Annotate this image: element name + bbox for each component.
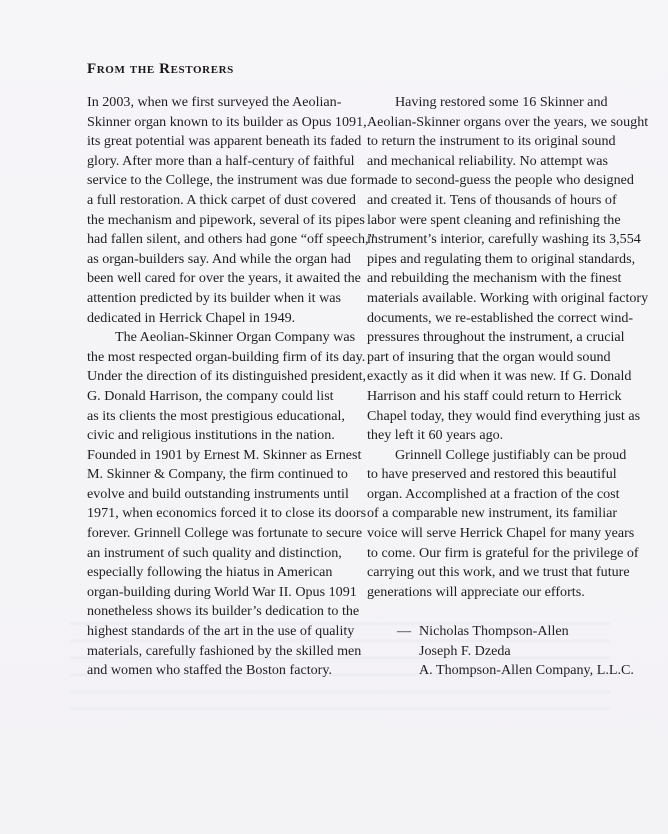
text-line: labor were spent cleaning and refinishin… xyxy=(367,211,635,231)
text-line: and women who staffed the Boston factory… xyxy=(87,661,359,681)
text-line: part of insuring that the organ would so… xyxy=(367,348,635,368)
text-line: glory. After more than a half-century of… xyxy=(87,152,359,172)
text-line: nonetheless shows its builder’s dedicati… xyxy=(87,602,359,622)
signature-block: — Nicholas Thompson-Allen Joseph F. Dzed… xyxy=(367,622,635,681)
left-column: In 2003, when we first surveyed the Aeol… xyxy=(87,93,359,681)
text-line: In 2003, when we first surveyed the Aeol… xyxy=(87,93,359,113)
text-line: the mechanism and pipework, several of i… xyxy=(87,211,359,231)
text-line: its great potential was apparent beneath… xyxy=(87,132,359,152)
right-column: Having restored some 16 Skinner andAeoli… xyxy=(367,93,635,681)
text-line: organ-building during World War II. Opus… xyxy=(87,583,359,603)
signature-company: A. Thompson-Allen Company, L.L.C. xyxy=(367,661,635,681)
text-line: M. Skinner & Company, the firm continued… xyxy=(87,465,359,485)
text-line: Grinnell College justifiably can be prou… xyxy=(367,446,635,466)
text-line: made to second-guess the people who desi… xyxy=(367,171,635,191)
text-line: Skinner organ known to its builder as Op… xyxy=(87,113,359,133)
text-line: especially following the hiatus in Ameri… xyxy=(87,563,359,583)
text-line: an instrument of such quality and distin… xyxy=(87,544,359,564)
text-line: and rebuilding the mechanism with the fi… xyxy=(367,269,635,289)
text-line: Under the direction of its distinguished… xyxy=(87,367,359,387)
text-line: evolve and build outstanding instruments… xyxy=(87,485,359,505)
text-line: exactly as it did when it was new. If G.… xyxy=(367,367,635,387)
text-line: Harrison and his staff could return to H… xyxy=(367,387,635,407)
signature-dash: — xyxy=(397,622,411,642)
text-line: they left it 60 years ago. xyxy=(367,426,635,446)
text-line: Founded in 1901 by Ernest M. Skinner as … xyxy=(87,446,359,466)
text-line: Aeolian-Skinner organs over the years, w… xyxy=(367,113,635,133)
text-line: of a comparable new instrument, its fami… xyxy=(367,504,635,524)
text-line: materials available. Working with origin… xyxy=(367,289,635,309)
text-line: instrument’s interior, carefully washing… xyxy=(367,230,635,250)
text-line: service to the College, the instrument w… xyxy=(87,171,359,191)
text-line: pressures throughout the instrument, a c… xyxy=(367,328,635,348)
text-line: been well cared for over the years, it a… xyxy=(87,269,359,289)
text-line: organ. Accomplished at a fraction of the… xyxy=(367,485,635,505)
text-line: as organ-builders say. And while the org… xyxy=(87,250,359,270)
text-line: voice will serve Herrick Chapel for many… xyxy=(367,524,635,544)
text-line: to return the instrument to its original… xyxy=(367,132,635,152)
text-line: carrying out this work, and we trust tha… xyxy=(367,563,635,583)
text-line: G. Donald Harrison, the company could li… xyxy=(87,387,359,407)
text-line: and mechanical reliability. No attempt w… xyxy=(367,152,635,172)
text-line: forever. Grinnell College was fortunate … xyxy=(87,524,359,544)
document-page: From the Restorers In 2003, when we firs… xyxy=(0,0,668,834)
text-line: to have preserved and restored this beau… xyxy=(367,465,635,485)
right-column-text: Having restored some 16 Skinner andAeoli… xyxy=(367,93,635,602)
text-line: to come. Our firm is grateful for the pr… xyxy=(367,544,635,564)
text-line: as its clients the most prestigious educ… xyxy=(87,407,359,427)
text-line: attention predicted by its builder when … xyxy=(87,289,359,309)
text-line: documents, we re-established the correct… xyxy=(367,309,635,329)
text-line: Chapel today, they would find everything… xyxy=(367,407,635,427)
text-line: and created it. Tens of thousands of hou… xyxy=(367,191,635,211)
text-line: materials, carefully fashioned by the sk… xyxy=(87,642,359,662)
text-line: civic and religious institutions in the … xyxy=(87,426,359,446)
text-line: had fallen silent, and others had gone “… xyxy=(87,230,359,250)
signature-name-2: Joseph F. Dzeda xyxy=(367,642,635,662)
text-line: 1971, when economics forced it to close … xyxy=(87,504,359,524)
text-line: generations will appreciate our efforts. xyxy=(367,583,635,603)
section-heading: From the Restorers xyxy=(87,61,234,78)
text-line: highest standards of the art in the use … xyxy=(87,622,359,642)
text-line: the most respected organ-building firm o… xyxy=(87,348,359,368)
text-line: pipes and regulating them to original st… xyxy=(367,250,635,270)
text-line: a full restoration. A thick carpet of du… xyxy=(87,191,359,211)
text-line: Having restored some 16 Skinner and xyxy=(367,93,635,113)
text-line: dedicated in Herrick Chapel in 1949. xyxy=(87,309,359,329)
text-line: The Aeolian-Skinner Organ Company was xyxy=(87,328,359,348)
